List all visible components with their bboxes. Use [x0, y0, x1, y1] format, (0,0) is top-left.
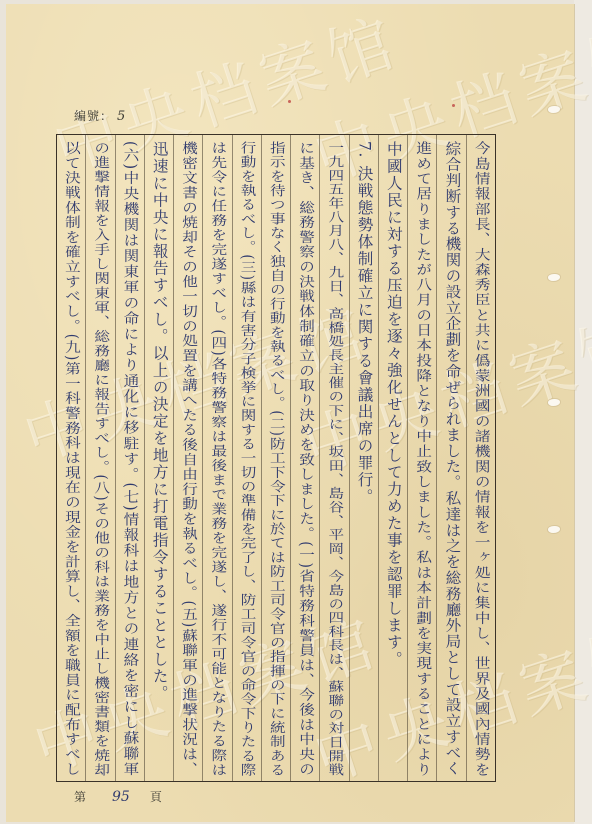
handwritten-line: に基き、総務警察の決戦体制確立の取り決めを致しました。(一)省特務科警員は、今後… — [297, 141, 313, 777]
manuscript-column: に基き、総務警察の決戦体制確立の取り決めを致しました。(一)省特務科警員は、今後… — [290, 135, 319, 781]
handwritten-line: の進撃情報を入手し関東軍、総務廳に報告すべし。(八)その他の科は業務を中止し機密… — [93, 141, 109, 777]
page-number-label: 第95頁 — [74, 788, 162, 805]
serial-number-prefix: 編號： — [74, 109, 113, 123]
manuscript-column: 綜合判断する機関の設立企劃を命ぜられました。私達は之を総務廳外局として設立すべく — [436, 135, 465, 781]
punch-hole — [548, 274, 560, 281]
scan-background-strip — [574, 0, 592, 824]
page-number-value: 95 — [112, 789, 130, 805]
manuscript-grid: 今島情報部長、大森秀臣と共に僞蒙洲國の諸機関の情報を一ヶ処に集中し、世界及國內情… — [56, 134, 496, 782]
handwritten-line: (六)中央機関は関東軍の命により通化に移駐す。(七)情報科は地方との連絡を密にし… — [122, 141, 138, 777]
serial-number-value: 5 — [117, 109, 126, 124]
page-suffix: 頁 — [150, 790, 162, 804]
handwritten-line: 機密文書の焼却その他一切の処置を講へたる後自由行動を執るべし。(五)蘇聯軍の進撃… — [180, 141, 196, 777]
handwritten-line: 進めて居りましたが八月の日本投降となり中止致しました。私は本計劃を実現することに… — [415, 141, 431, 777]
handwritten-line: 今島情報部長、大森秀臣と共に僞蒙洲國の諸機関の情報を一ヶ処に集中し、世界及國內情… — [473, 141, 489, 777]
punch-hole — [548, 399, 560, 406]
manuscript-column: 行動を執るべし。(三)縣は有害分子検挙に関する一切の準備を完了し、防工司令官の命… — [232, 135, 261, 781]
handwritten-line: 一九四五年八月八、九日、高橋処長主催の下に、坂田、島谷、平岡、今島の四科長は、蘇… — [327, 141, 343, 777]
manuscript-column: は先令に任務を完遂すべし。(四)各特務警察は最後まで業務を完遂し、遂行不可能とな… — [202, 135, 231, 781]
handwritten-line: 中國人民に対する压迫を逐々強化せんとして力めた事を認罪します。 — [385, 141, 401, 668]
manuscript-column: (六)中央機関は関東軍の命により通化に移駐す。(七)情報科は地方との連絡を密にし… — [115, 135, 144, 781]
red-ink-mark — [288, 100, 291, 103]
handwritten-line: 迅速に中央に報告すべし。以上の決定を地方に打電指令することとした。 — [151, 141, 167, 702]
handwritten-line: 指示を待つ事なく独自の行動を執るべし。(二)防工下令下に於ては防工司令官の指揮の… — [268, 141, 284, 777]
manuscript-column: の進撃情報を入手し関東軍、総務廳に報告すべし。(八)その他の科は業務を中止し機密… — [85, 135, 114, 781]
handwritten-line: 綜合判断する機関の設立企劃を命ぜられました。私達は之を総務廳外局として設立すべく — [444, 141, 460, 777]
manuscript-column: 迅速に中央に報告すべし。以上の決定を地方に打電指令することとした。 — [144, 135, 173, 781]
handwritten-line: 7. 決戦態勢体制確立に関する會議出席の罪行。 — [356, 141, 372, 505]
manuscript-column: 機密文書の焼却その他一切の処置を講へたる後自由行動を執るべし。(五)蘇聯軍の進撃… — [173, 135, 202, 781]
manuscript-column: 進めて居りましたが八月の日本投降となり中止致しました。私は本計劃を実現することに… — [407, 135, 436, 781]
manuscript-column: 一九四五年八月八、九日、高橋処長主催の下に、坂田、島谷、平岡、今島の四科長は、蘇… — [319, 135, 348, 781]
handwritten-line: は先令に任務を完遂すべし。(四)各特務警察は最後まで業務を完遂し、遂行不可能とな… — [210, 141, 226, 777]
serial-number-label: 編號：5 — [74, 107, 126, 124]
punch-hole — [548, 526, 560, 533]
manuscript-column: 7. 決戦態勢体制確立に関する會議出席の罪行。 — [349, 135, 378, 781]
manuscript-column: 指示を待つ事なく独自の行動を執るべし。(二)防工下令下に於ては防工司令官の指揮の… — [261, 135, 290, 781]
manuscript-column: 以て決戦体制を確立すべし。(九)第一科警務科は現在の現金を計算し、全額を職員に配… — [57, 135, 85, 781]
page-prefix: 第 — [74, 790, 86, 804]
punch-hole — [548, 106, 560, 113]
handwritten-line: 以て決戦体制を確立すべし。(九)第一科警務科は現在の現金を計算し、全額を職員に配… — [63, 141, 79, 777]
handwritten-line: 行動を執るべし。(三)縣は有害分子検挙に関する一切の準備を完了し、防工司令官の命… — [239, 141, 255, 777]
red-ink-mark — [452, 104, 455, 107]
manuscript-column: 中國人民に対する压迫を逐々強化せんとして力めた事を認罪します。 — [378, 135, 407, 781]
manuscript-column: 今島情報部長、大森秀臣と共に僞蒙洲國の諸機関の情報を一ヶ処に集中し、世界及國內情… — [466, 135, 495, 781]
